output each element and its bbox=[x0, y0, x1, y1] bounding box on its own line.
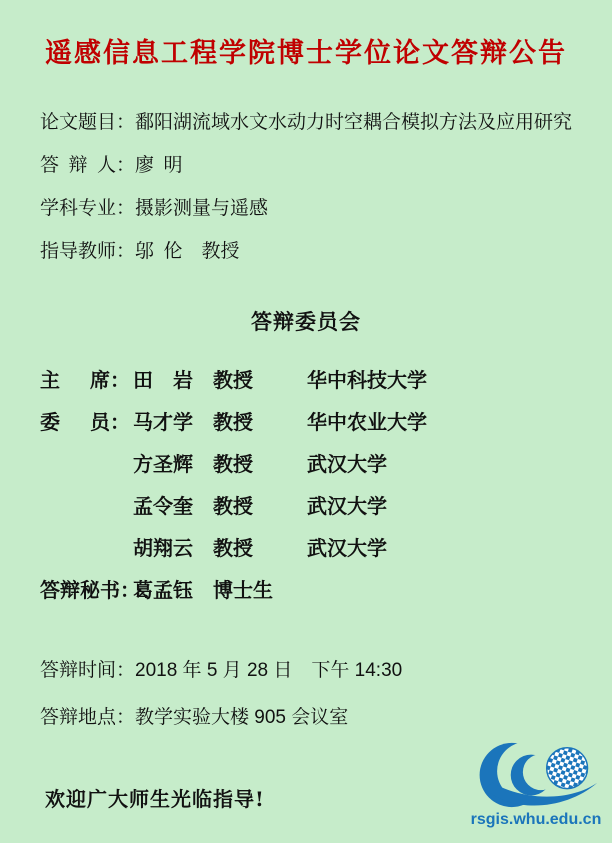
committee-heading: 答辩委员会 bbox=[0, 306, 612, 336]
supervisor-name: 邬 伦 教授 bbox=[135, 236, 240, 263]
committee-row-member: 孟令奎 教授 武汉大学 bbox=[40, 483, 600, 525]
member-title: 教授 bbox=[213, 364, 307, 393]
secretary-name: 葛孟钰 bbox=[133, 574, 213, 603]
welcome-message: 欢迎广大师生光临指导! bbox=[45, 783, 265, 812]
announcement-poster: 遥感信息工程学院博士学位论文答辩公告 论文题目： 鄱阳湖流域水文水动力时空耦合模… bbox=[0, 0, 612, 843]
member-affiliation: 华中农业大学 bbox=[307, 406, 600, 435]
thesis-title-row: 论文题目： 鄱阳湖流域水文水动力时空耦合模拟方法及应用研究 bbox=[40, 99, 600, 142]
major-value: 摄影测量与遥感 bbox=[135, 193, 268, 220]
member-name: 马才学 bbox=[133, 406, 213, 435]
member-affiliation: 武汉大学 bbox=[307, 448, 600, 477]
page-title: 遥感信息工程学院博士学位论文答辩公告 bbox=[0, 31, 612, 70]
defense-time-row: 答辩时间： 2018 年 5 月 28 日 下午 14:30 bbox=[40, 645, 600, 692]
member-title: 教授 bbox=[213, 532, 307, 561]
major-label: 学科专业： bbox=[40, 193, 135, 220]
rsgis-logo: rsgis.whu.edu.cn bbox=[466, 740, 606, 829]
thesis-title-label: 论文题目： bbox=[40, 107, 135, 134]
member-name: 田 岩 bbox=[133, 364, 213, 393]
member-name: 方圣辉 bbox=[133, 448, 213, 477]
member-name: 胡翔云 bbox=[133, 532, 213, 561]
member-name: 孟令奎 bbox=[133, 490, 213, 519]
member-affiliation: 武汉大学 bbox=[307, 532, 600, 561]
member-title: 教授 bbox=[213, 490, 307, 519]
major-row: 学科专业： 摄影测量与遥感 bbox=[40, 185, 600, 228]
secretary-title: 博士生 bbox=[213, 574, 307, 603]
committee-row-chair: 主 席： 田 岩 教授 华中科技大学 bbox=[40, 357, 600, 399]
committee-row-member: 方圣辉 教授 武汉大学 bbox=[40, 441, 600, 483]
candidate-row: 答 辩 人： 廖 明 bbox=[40, 142, 600, 185]
supervisor-label: 指导教师： bbox=[40, 236, 135, 263]
thesis-info-section: 论文题目： 鄱阳湖流域水文水动力时空耦合模拟方法及应用研究 答 辩 人： 廖 明… bbox=[40, 99, 600, 271]
secretary-label: 答辩秘书： bbox=[40, 574, 133, 603]
member-title: 教授 bbox=[213, 406, 307, 435]
member-label: 委 员： bbox=[40, 406, 133, 435]
logo-url-text: rsgis.whu.edu.cn bbox=[466, 811, 606, 829]
defense-time-label: 答辩时间： bbox=[40, 655, 135, 682]
thesis-title-value: 鄱阳湖流域水文水动力时空耦合模拟方法及应用研究 bbox=[135, 107, 572, 134]
defense-time-value: 2018 年 5 月 28 日 下午 14:30 bbox=[135, 655, 402, 682]
committee-section: 主 席： 田 岩 教授 华中科技大学 委 员： 马才学 教授 华中农业大学 方圣… bbox=[40, 357, 600, 609]
chair-label: 主 席： bbox=[40, 364, 133, 393]
candidate-name: 廖 明 bbox=[135, 150, 183, 177]
member-affiliation: 华中科技大学 bbox=[307, 364, 600, 393]
schedule-section: 答辩时间： 2018 年 5 月 28 日 下午 14:30 答辩地点： 教学实… bbox=[40, 645, 600, 739]
committee-row-member: 胡翔云 教授 武汉大学 bbox=[40, 525, 600, 567]
defense-location-row: 答辩地点： 教学实验大楼 905 会议室 bbox=[40, 692, 600, 739]
defense-location-value: 教学实验大楼 905 会议室 bbox=[135, 702, 348, 729]
member-affiliation: 武汉大学 bbox=[307, 490, 600, 519]
member-title: 教授 bbox=[213, 448, 307, 477]
candidate-label: 答 辩 人： bbox=[40, 150, 135, 177]
committee-row-secretary: 答辩秘书： 葛孟钰 博士生 bbox=[40, 567, 600, 609]
rsgis-logo-icon bbox=[472, 740, 600, 810]
defense-location-label: 答辩地点： bbox=[40, 702, 135, 729]
committee-row-member: 委 员： 马才学 教授 华中农业大学 bbox=[40, 399, 600, 441]
supervisor-row: 指导教师： 邬 伦 教授 bbox=[40, 228, 600, 271]
